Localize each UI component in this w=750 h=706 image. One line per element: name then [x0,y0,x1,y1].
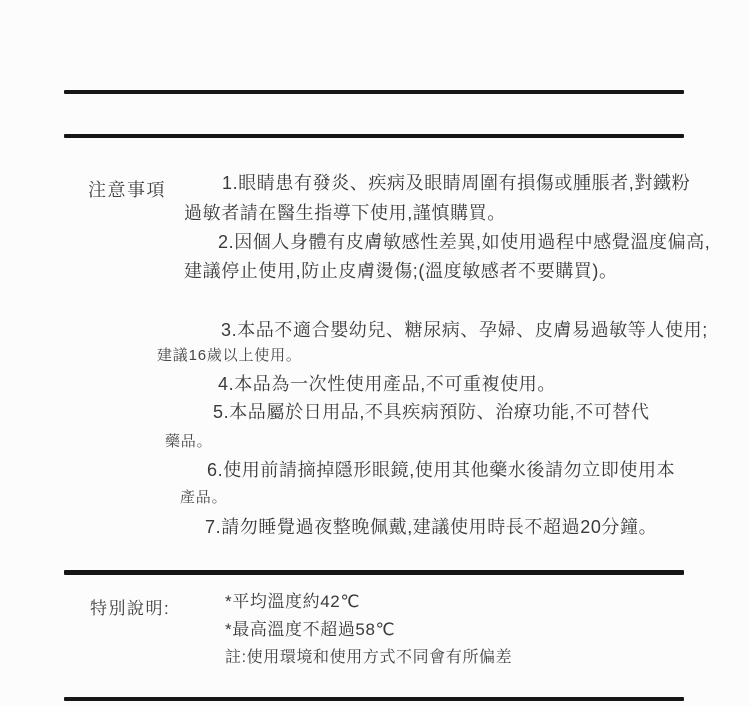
precaution-item-6-line-1: 6.使用前請摘掉隱形眼鏡,使用其他藥水後請勿立即使用本 [207,461,675,479]
precaution-item-5-line-2: 藥品。 [165,434,212,449]
special-note-line-2: *最高溫度不超過58℃ [225,621,395,638]
precaution-item-3-line-2: 建議16歲以上使用。 [157,348,302,363]
precaution-item-1-line-2: 過敏者請在醫生指導下使用,謹慎購買。 [184,204,506,222]
bottom-divider [64,697,684,701]
special-note-line-3: 註:使用環境和使用方式不同會有所偏差 [225,650,512,666]
precaution-item-4-line-1: 4.本品為一次性使用產品,不可重複使用。 [218,375,556,393]
precaution-item-3-line-1: 3.本品不適合嬰幼兒、糖尿病、孕婦、皮膚易過敏等人使用; [221,321,708,339]
top-divider-2 [64,134,684,138]
precaution-item-7-line-1: 7.請勿睡覺過夜整晚佩戴,建議使用時長不超過20分鐘。 [205,518,657,536]
special-notes-label: 特別說明: [90,594,170,619]
top-divider-1 [64,90,684,94]
product-notice-panel: 注意事項 1.眼睛患有發炎、疾病及眼睛周圍有損傷或腫脹者,對鐵粉 過敏者請在醫生… [0,0,750,706]
precaution-item-2-line-1: 2.因個人身體有皮膚敏感性差異,如使用過程中感覺溫度偏高, [218,233,710,251]
precaution-item-5-line-1: 5.本品屬於日用品,不具疾病預防、治療功能,不可替代 [213,403,650,421]
special-note-line-1: *平均溫度約42℃ [225,593,360,610]
precautions-label: 注意事項 [88,176,166,202]
precaution-item-2-line-2: 建議停止使用,防止皮膚燙傷;(溫度敏感者不要購買)。 [184,262,618,280]
precaution-item-1-line-1: 1.眼睛患有發炎、疾病及眼睛周圍有損傷或腫脹者,對鐵粉 [222,174,690,192]
precaution-item-6-line-2: 產品。 [180,490,227,505]
special-notes-divider [64,570,684,575]
